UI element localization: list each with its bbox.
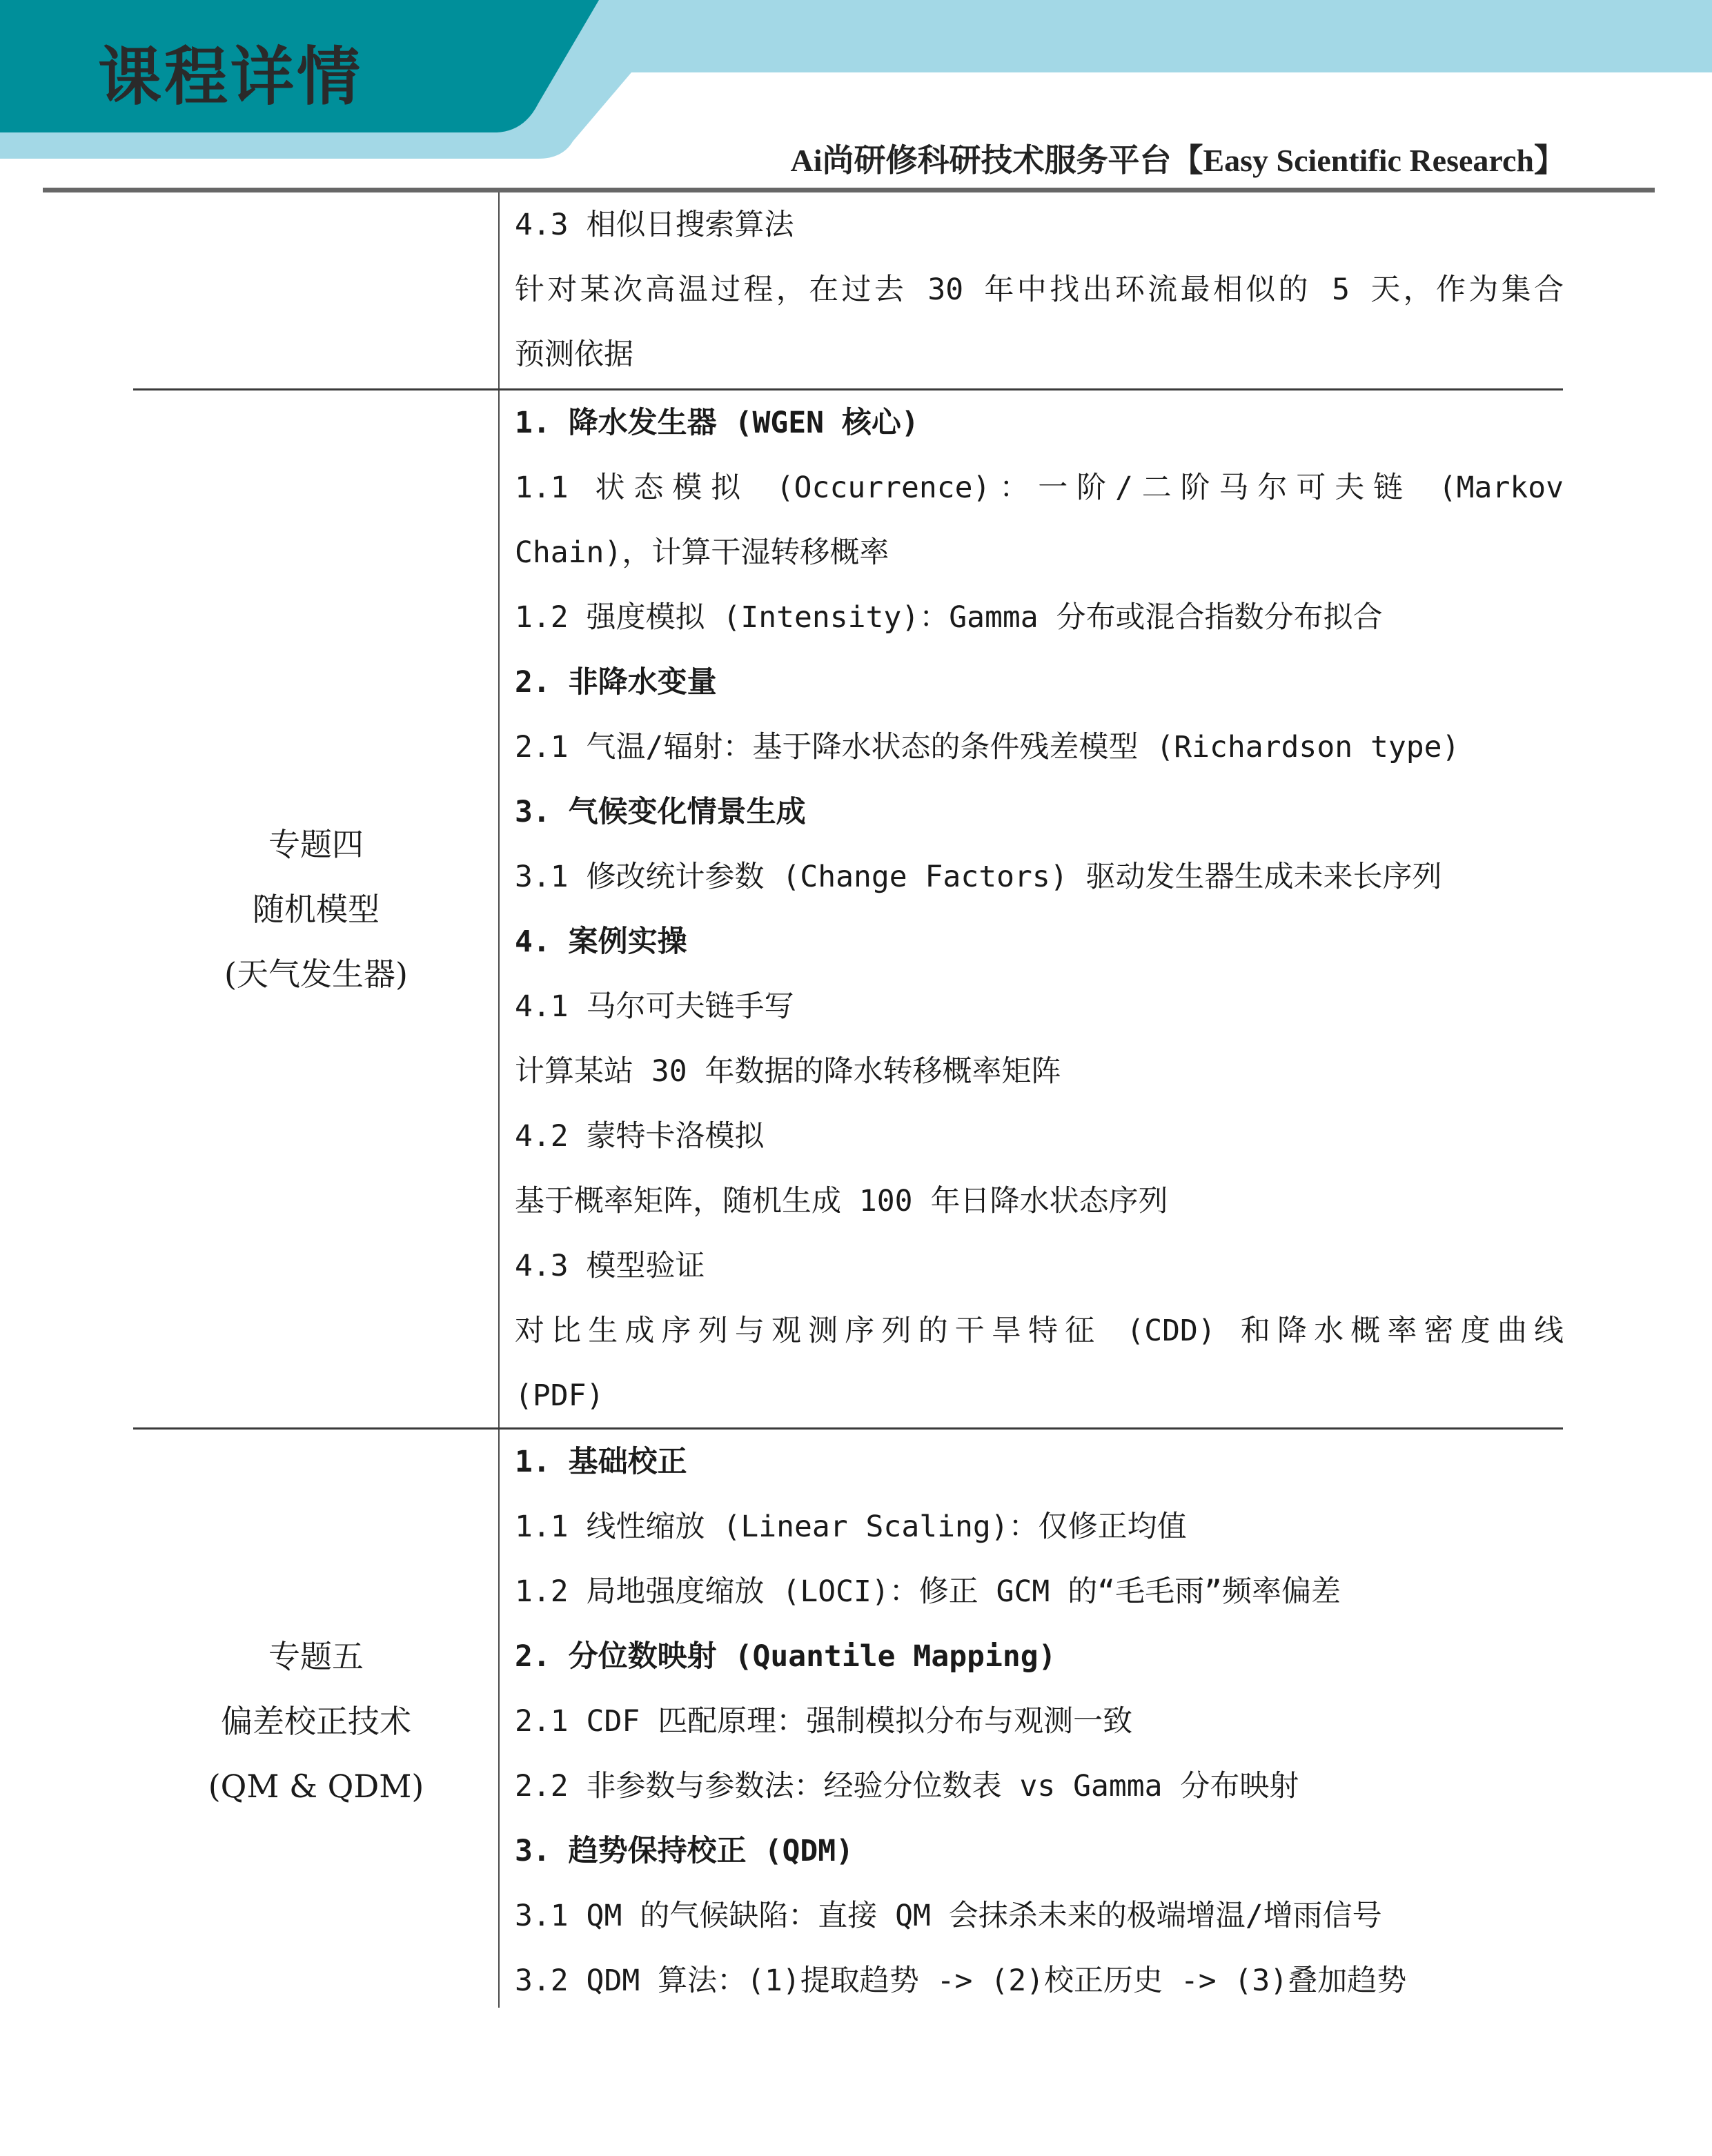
topic-number: 专题四: [268, 812, 364, 877]
content-line: 计算某站 30 年数据的降水转移概率矩阵: [515, 1039, 1564, 1104]
content-line: 1.2 局地强度缩放 (LOCI)：修正 GCM 的“毛毛雨”频率偏差: [515, 1559, 1564, 1624]
content-line: 2.1 气温/辐射：基于降水状态的条件残差模型 (Richardson type…: [515, 715, 1564, 780]
section-heading: 2. 非降水变量: [515, 650, 1564, 715]
content-line: 1.1 线性缩放 (Linear Scaling)：仅修正均值: [515, 1494, 1564, 1559]
content-line: 3.2 QDM 算法：(1)提取趋势 -> (2)校正历史 -> (3)叠加趋势: [515, 1948, 1564, 2013]
content-line: 1.2 强度模拟 (Intensity)：Gamma 分布或混合指数分布拟合: [515, 585, 1564, 650]
content-line: 基于概率矩阵，随机生成 100 年日降水状态序列: [515, 1169, 1564, 1234]
topic-label: 专题四 随机模型 (天气发生器): [133, 390, 499, 1427]
platform-name: Ai尚研修科研技术服务平台【Easy Scientific Research】: [790, 135, 1566, 181]
content-line: 针对某次高温过程，在过去 30 年中找出环流最相似的 5 天，作为集合: [515, 257, 1564, 322]
topic-content: 1. 基础校正 1.1 线性缩放 (Linear Scaling)：仅修正均值 …: [515, 1430, 1564, 2013]
content-line: 预测依据: [515, 322, 1564, 387]
content-line: 对比生成序列与观测序列的干旱特征 (CDD) 和降水概率密度曲线: [515, 1298, 1564, 1363]
content-line: 4.3 相似日搜索算法: [515, 192, 1564, 257]
content-line: 3.1 修改统计参数 (Change Factors) 驱动发生器生成未来长序列: [515, 844, 1564, 909]
topic-subtitle: (QM & QDM): [208, 1754, 424, 1819]
section-heading: 3. 趋势保持校正 (QDM): [515, 1819, 1564, 1883]
content-line: 4.2 蒙特卡洛模拟: [515, 1104, 1564, 1169]
content-line: 1.1 状态模拟 (Occurrence)：一阶/二阶马尔可夫链 (Markov: [515, 455, 1564, 520]
section-heading: 1. 降水发生器 (WGEN 核心): [515, 390, 1564, 455]
topic-number: 专题五: [268, 1624, 364, 1689]
content-line: 2.2 非参数与参数法：经验分位数表 vs Gamma 分布映射: [515, 1754, 1564, 1819]
topic-subtitle: (天气发生器): [224, 942, 408, 1007]
content-line: 3.1 QM 的气候缺陷：直接 QM 会抹杀未来的极端增温/增雨信号: [515, 1883, 1564, 1948]
section-heading: 4. 案例实操: [515, 909, 1564, 974]
section-heading: 2. 分位数映射 (Quantile Mapping): [515, 1624, 1564, 1689]
topic-content: 1. 降水发生器 (WGEN 核心) 1.1 状态模拟 (Occurrence)…: [515, 390, 1564, 1428]
section-heading: 3. 气候变化情景生成: [515, 780, 1564, 844]
content-line: 4.1 马尔可夫链手写: [515, 974, 1564, 1039]
topic-name: 随机模型: [253, 877, 380, 942]
topic-name: 偏差校正技术: [221, 1689, 411, 1754]
section-heading: 1. 基础校正: [515, 1430, 1564, 1494]
content-line: Chain)，计算干湿转移概率: [515, 520, 1564, 585]
header-divider: [43, 188, 1655, 192]
content-line: 4.3 模型验证: [515, 1234, 1564, 1298]
topic-label: 专题五 偏差校正技术 (QM & QDM): [133, 1430, 499, 2013]
topic-content: 4.3 相似日搜索算法 针对某次高温过程，在过去 30 年中找出环流最相似的 5…: [515, 192, 1564, 387]
content-line: 2.1 CDF 匹配原理：强制模拟分布与观测一致: [515, 1689, 1564, 1754]
content-line: (PDF): [515, 1363, 1564, 1428]
page-title: 课程详情: [98, 26, 363, 117]
